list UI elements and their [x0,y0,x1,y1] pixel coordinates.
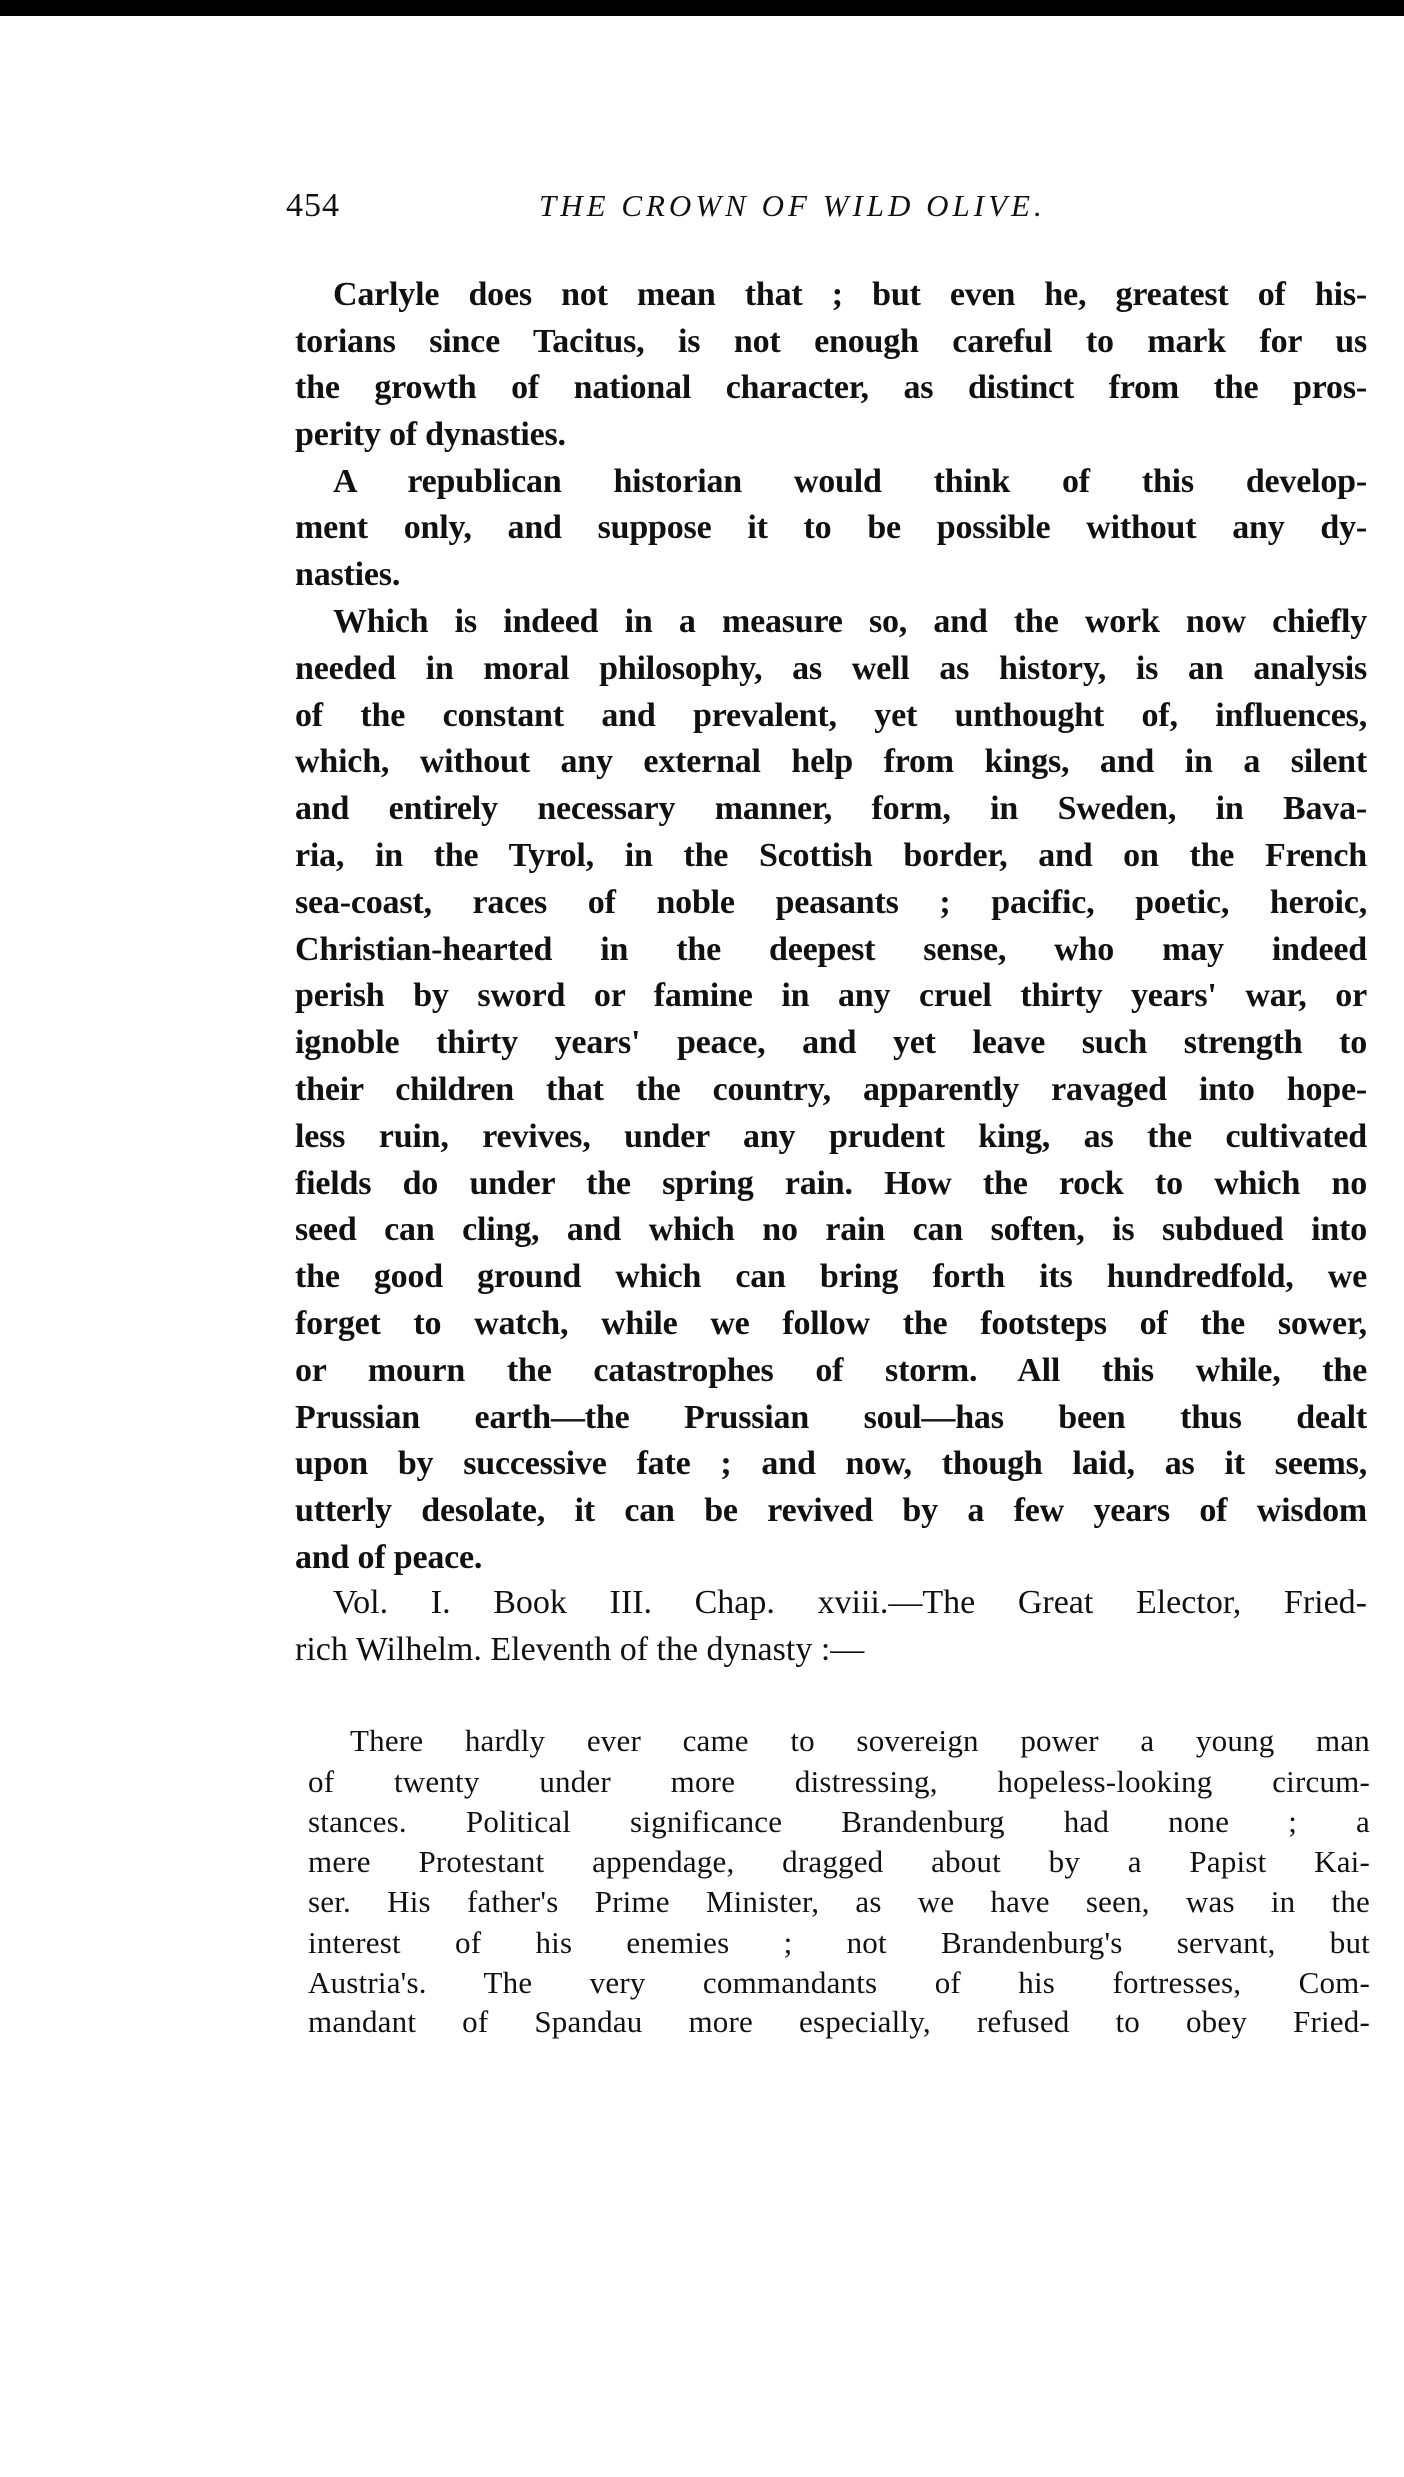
quote-line: interest of his enemies ; not Brandenbur… [308,1925,1370,1961]
scan-edge-bar [0,0,1404,16]
quote-line: mere Protestant appendage, dragged about… [308,1844,1370,1880]
text-line: their children that the country, apparen… [295,1070,1367,1110]
text-line: upon by successive fate ; and now, thoug… [295,1444,1367,1484]
text-line: Christian-hearted in the deepest sense, … [295,930,1367,970]
text-line: or mourn the catastrophes of storm. All … [295,1351,1367,1391]
text-line: Vol. I. Book III. Chap. xviii.—The Great… [333,1583,1367,1623]
text-line: seed can cling, and which no rain can so… [295,1210,1367,1250]
quote-line: Austria's. The very commandants of his f… [308,1965,1370,2001]
text-line: utterly desolate, it can be revived by a… [295,1491,1367,1531]
text-line: rich Wilhelm. Eleventh of the dynasty :— [295,1630,1367,1670]
text-line: ria, in the Tyrol, in the Scottish borde… [295,836,1367,876]
text-line: A republican historian would think of th… [333,462,1367,502]
text-line: needed in moral philosophy, as well as h… [295,649,1367,689]
quote-line: mandant of Spandau more especially, refu… [308,2004,1370,2040]
quote-line: of twenty under more distressing, hopele… [308,1764,1370,1800]
page-number: 454 [286,186,340,226]
text-line: the good ground which can bring forth it… [295,1257,1367,1297]
text-line: torians since Tacitus, is not enough car… [295,322,1367,362]
text-line: nasties. [295,555,1367,595]
quote-line: There hardly ever came to sovereign powe… [350,1723,1370,1759]
text-line: and entirely necessary manner, form, in … [295,789,1367,829]
running-title: THE CROWN OF WILD OLIVE. [539,186,1046,226]
text-line: and of peace. [295,1538,1367,1578]
text-line: Prussian earth—the Prussian soul—has bee… [295,1398,1367,1438]
text-line: perity of dynasties. [295,415,1367,455]
text-line: sea-coast, races of noble peasants ; pac… [295,883,1367,923]
text-line: ment only, and suppose it to be possible… [295,508,1367,548]
quote-line: ser. His father's Prime Minister, as we … [308,1884,1370,1920]
text-line: the growth of national character, as dis… [295,368,1367,408]
text-line: fields do under the spring rain. How the… [295,1164,1367,1204]
text-line: ignoble thirty years' peace, and yet lea… [295,1023,1367,1063]
text-line: of the constant and prevalent, yet untho… [295,696,1367,736]
quote-line: stances. Political significance Brandenb… [308,1804,1370,1840]
text-line: Carlyle does not mean that ; but even he… [333,275,1367,315]
running-head: 454 THE CROWN OF WILD OLIVE. [286,186,1370,226]
text-line: which, without any external help from ki… [295,742,1367,782]
text-line: less ruin, revives, under any prudent ki… [295,1117,1367,1157]
text-line: forget to watch, while we follow the foo… [295,1304,1367,1344]
text-line: perish by sword or famine in any cruel t… [295,976,1367,1016]
text-line: Which is indeed in a measure so, and the… [333,602,1367,642]
